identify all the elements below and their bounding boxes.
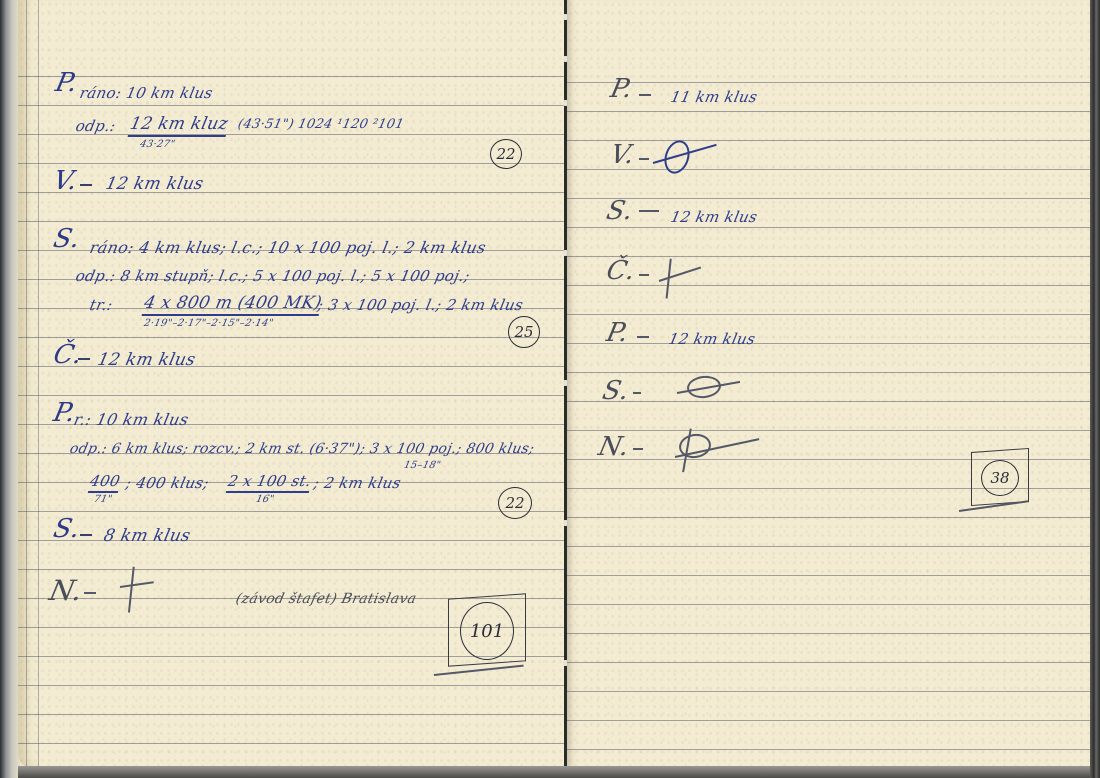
entry-underlined: 4 x 800 m (400 MK): [142, 293, 324, 316]
entry-line: 11 km klus: [669, 88, 759, 106]
margin-line: [38, 0, 39, 768]
entry-line: ; 2 km klus: [312, 474, 403, 492]
nil-mark: [120, 581, 154, 588]
entry-line: 12 km klus: [96, 350, 198, 370]
entry-line: ráno: 4 km klus; l.c.; 10 x 100 poj. l.;…: [88, 238, 488, 257]
daily-total-circle: 25: [508, 316, 540, 348]
entry-label: odp.:: [74, 117, 117, 135]
daily-total-circle: 22: [490, 139, 522, 169]
entry-line: (43·51") 1024 ¹120 ²101: [236, 117, 405, 132]
entry-line: 12 km klus: [669, 208, 759, 226]
entry-line: 12 km klus: [104, 174, 206, 194]
entry-splits: 2·19"–2·17"–2·15"–2·14": [143, 318, 275, 329]
day-letter: P.: [608, 74, 635, 104]
page-edge: [1090, 0, 1100, 778]
week-total-circle: 101: [460, 602, 514, 660]
left-page: P. ráno: 10 km klus odp.: 12 km kluz 43·…: [18, 0, 565, 768]
day-letter: N.: [46, 574, 85, 607]
entry-line: ráno: 10 km klus: [78, 84, 214, 102]
entry-time: 16": [255, 494, 276, 505]
page-edge: [18, 766, 1090, 778]
nil-mark: [659, 266, 701, 281]
entry-line: 8 km klus: [102, 526, 192, 546]
entry-line: odp.: 6 km klus; rozcv.; 2 km st. (6·37"…: [68, 441, 536, 457]
entry-line: 12 km klus: [667, 330, 757, 348]
day-letter: V.: [608, 140, 637, 170]
entry-time: 43·27": [139, 139, 176, 150]
margin-line: [26, 0, 27, 768]
day-letter: S.: [604, 196, 636, 226]
entry-line: odp.: 8 km stupň; l.c.; 5 x 100 poj. l.;…: [74, 267, 471, 285]
entry-line: ; 3 x 100 poj. l.; 2 km klus: [316, 296, 525, 314]
right-page: P. 11 km klus V. S. 12 km klus Č. P.: [567, 0, 1090, 768]
day-letter: Č.: [604, 256, 638, 286]
week-total-circle: 38: [981, 460, 1019, 496]
daily-total-circle: 22: [498, 487, 532, 519]
entry-splits: 15–18": [403, 460, 442, 471]
entry-time: 71": [93, 494, 114, 505]
entry-underlined: 2 x 100 st.: [226, 472, 313, 493]
day-letter: P.: [53, 68, 80, 98]
day-letter: N.: [596, 432, 632, 462]
entry-underlined: 12 km kluz: [128, 114, 230, 137]
scanned-notebook: P. ráno: 10 km klus odp.: 12 km kluz 43·…: [0, 0, 1100, 778]
entry-underlined: 400: [88, 472, 122, 493]
race-note: (závod štafet) Bratislava: [234, 591, 418, 607]
entry-label: tr.:: [88, 296, 114, 314]
entry-line: ; 400 klus;: [124, 474, 211, 492]
entry-line: r.: 10 km klus: [72, 410, 190, 429]
